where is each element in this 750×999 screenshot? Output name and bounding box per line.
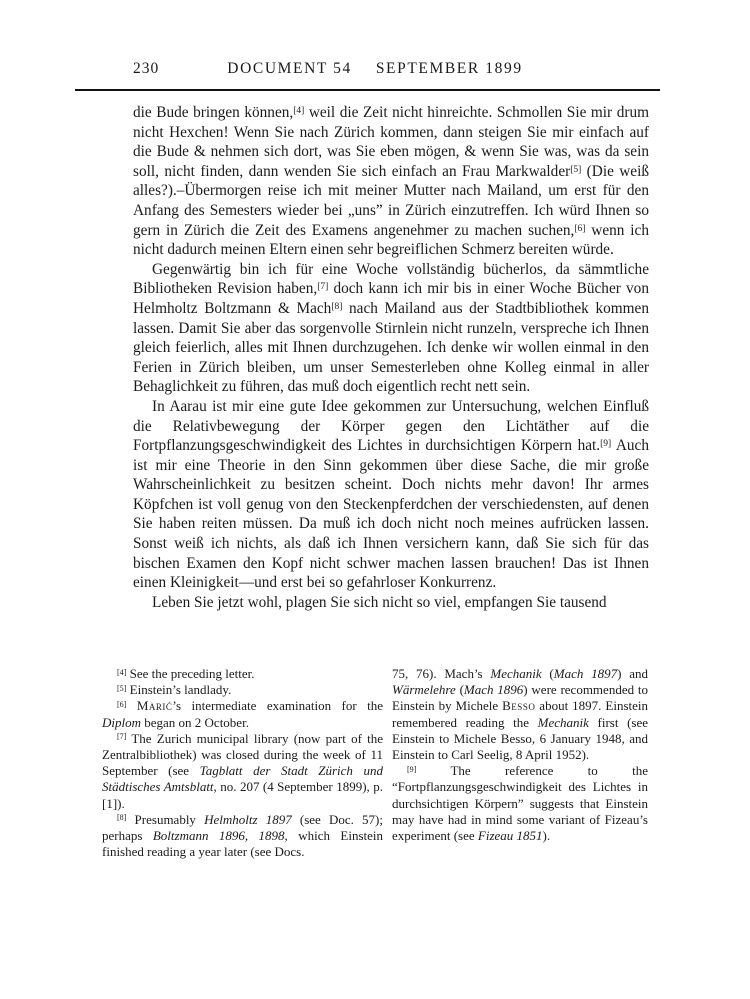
text-segment: Leben Sie jetzt wohl, plagen Sie sich ni… [152,594,607,611]
text-segment: 75, 76). Mach’s [392,666,490,681]
text-segment: ). [543,828,551,843]
footnote-marker: [5] [117,684,126,693]
footnote-marker: [7] [117,732,126,741]
text-segment: Mach 1897 [554,666,617,681]
text-segment: began on 2 October. [141,715,249,730]
text-segment: ( [542,666,554,681]
footnote-column-left: [4] See the preceding letter.[5] Einstei… [102,666,383,860]
text-segment: Diplom [102,715,141,730]
text-segment: Wärmelehre [392,682,456,697]
body-paragraph: Leben Sie jetzt wohl, plagen Sie sich ni… [133,593,649,613]
text-segment: Fizeau 1851 [478,828,543,843]
text-segment: Mach 1896 [464,682,523,697]
text-segment: Boltzmann 1896 [153,828,245,843]
running-head: 230 DOCUMENT 54SEPTEMBER 1899 [0,60,750,80]
footnote-item: [6] Marić’s intermediate examination for… [102,698,383,730]
body-paragraph: In Aarau ist mir eine gute Idee gekommen… [133,397,649,593]
footnote-marker: [4] [117,668,126,677]
text-segment: ’s intermediate examination for the [172,698,383,713]
date-label: SEPTEMBER 1899 [376,60,523,77]
footnote-item: [7] The Zurich municipal library (now pa… [102,731,383,812]
text-segment: 1898 [259,828,285,843]
text-segment [126,698,136,713]
footnote-marker: [8] [117,813,126,822]
footnote-item: [8] Presumably Helmholtz 1897 (see Doc. … [102,812,383,861]
body-paragraph: die Bude bringen können,[4] weil die Zei… [133,103,649,260]
footnote-marker: [4] [293,106,304,116]
running-head-title: DOCUMENT 54SEPTEMBER 1899 [0,60,750,78]
footnote-marker: [9] [600,439,611,449]
text-segment: Mechanik [538,715,589,730]
footnote-marker: [7] [317,282,328,292]
document-label: DOCUMENT 54 [227,60,352,77]
text-segment: Presumably [126,812,204,827]
text-segment: ( [456,682,464,697]
text-segment: Helmholtz 1897 [204,812,292,827]
footnote-marker: [6] [574,224,585,234]
footnote-column-right: 75, 76). Mach’s Mechanik (Mach 1897) and… [392,666,648,860]
text-segment: Auch ist mir eine Theorie in den Sinn ge… [133,437,649,591]
text-segment: Einstein’s landlady. [126,682,231,697]
footnote-item: [9] The reference to the “Fortpflanzungs… [392,763,648,844]
footnote-item: 75, 76). Mach’s Mechanik (Mach 1897) and… [392,666,648,763]
letter-body-text: die Bude bringen können,[4] weil die Zei… [133,103,649,612]
text-segment: die Bude bringen können, [133,104,293,121]
text-segment: , [245,828,259,843]
footnote-marker: [6] [117,700,126,709]
text-segment: Mechanik [490,666,541,681]
book-page: 230 DOCUMENT 54SEPTEMBER 1899 die Bude b… [0,0,750,999]
footnotes-section: [4] See the preceding letter.[5] Einstei… [102,666,648,860]
body-paragraph: Gegenwärtig bin ich für eine Woche volls… [133,260,649,397]
footnote-item: [5] Einstein’s landlady. [102,682,383,698]
text-segment: Besso [502,698,535,713]
text-segment: Marić [137,698,173,713]
header-rule [75,89,660,91]
footnote-marker: [9] [407,765,416,774]
footnote-item: [4] See the preceding letter. [102,666,383,682]
text-segment: See the preceding letter. [126,666,254,681]
footnote-marker: [8] [331,302,342,312]
text-segment: In Aarau ist mir eine gute Idee gekommen… [133,398,649,454]
text-segment: ) and [617,666,648,681]
footnote-marker: [5] [570,165,581,175]
